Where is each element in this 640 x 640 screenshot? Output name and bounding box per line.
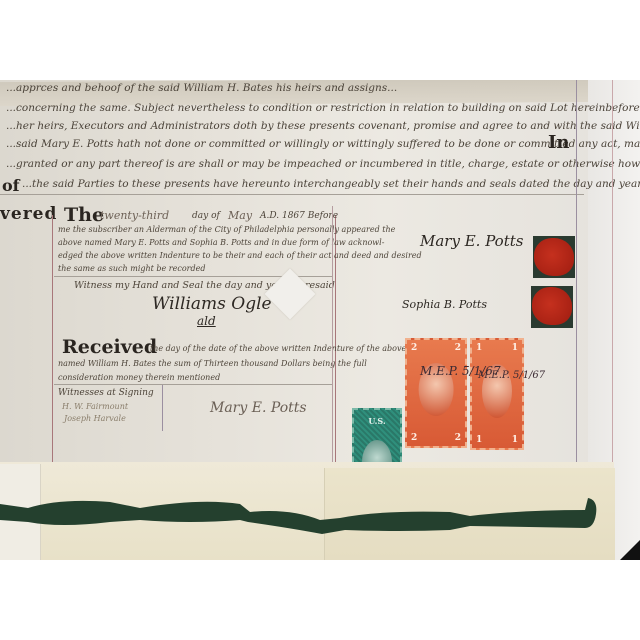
receipt-divider bbox=[162, 385, 163, 431]
stamp-value: 2 bbox=[411, 433, 417, 443]
receipt-rule bbox=[54, 384, 332, 385]
stamp-value: 2 bbox=[455, 343, 461, 353]
edge-line bbox=[612, 80, 613, 470]
stamp-value: 1 bbox=[476, 435, 482, 445]
wax-seal-2 bbox=[532, 287, 572, 325]
received-heading: Received bbox=[62, 336, 157, 358]
revenue-stamp-1-dollar: 1 1 1 1 bbox=[470, 338, 524, 450]
signature-sophia: Sophia B. Potts bbox=[402, 298, 487, 311]
ack-line-2: above named Mary E. Potts and Sophia B. … bbox=[58, 238, 384, 247]
divider bbox=[0, 194, 584, 195]
gothic-delivered: vered bbox=[0, 204, 57, 224]
margin-line bbox=[332, 206, 333, 468]
ack-day: twenty-third bbox=[100, 209, 169, 222]
wax-seal-1 bbox=[534, 238, 574, 276]
deed-photograph: ...apprces and behoof of the said Willia… bbox=[0, 80, 640, 560]
green-ribbon bbox=[0, 498, 600, 538]
witness-name-1: H. W. Fairmount bbox=[62, 402, 128, 411]
stamp-label: U.S. bbox=[354, 416, 400, 426]
stamp-value: 2 bbox=[411, 343, 417, 353]
body-line-4: ...said Mary E. Potts hath not done or c… bbox=[6, 138, 640, 150]
receipt-line-2: named William H. Bates the sum of Thirte… bbox=[58, 359, 367, 368]
body-line-3: ...her heirs, Executors and Administrato… bbox=[6, 120, 640, 132]
alderman-title: ald bbox=[197, 314, 216, 328]
ack-line-1: me the subscriber an Alderman of the Cit… bbox=[58, 225, 395, 234]
witnesses-label: Witnesses at Signing bbox=[58, 388, 154, 398]
stamp-cancel-1: M.E.P. 5/1/67 bbox=[478, 370, 545, 381]
gothic-of: of bbox=[2, 176, 20, 195]
gothic-in: In bbox=[548, 132, 570, 153]
signature-mary: Mary E. Potts bbox=[420, 232, 523, 250]
revenue-stamp-2-dollar: 2 2 2 2 bbox=[405, 338, 467, 448]
black-corner bbox=[620, 540, 640, 560]
witness-name-2: Joseph Harvale bbox=[64, 414, 126, 423]
receipt-line-1: the day of the date of the above written… bbox=[150, 344, 406, 353]
body-line-1: ...apprces and behoof of the said Willia… bbox=[6, 82, 397, 94]
receipt-line-3: consideration money therein mentioned bbox=[58, 373, 220, 382]
body-line-2: ...concerning the same. Subject neverthe… bbox=[6, 102, 640, 114]
body-line-6: ...the said Parties to these presents ha… bbox=[22, 178, 640, 190]
right-margin-line bbox=[576, 80, 577, 470]
ack-year: A.D. 1867 Before bbox=[260, 211, 338, 221]
stamp-value: 1 bbox=[512, 343, 518, 353]
ack-line-3: edged the above written Indenture to be … bbox=[58, 251, 422, 260]
body-line-5: ...granted or any part thereof is are sh… bbox=[6, 158, 640, 170]
stamp-value: 2 bbox=[455, 433, 461, 443]
alderman-signature: Williams Ogle bbox=[152, 294, 272, 314]
receipt-signature: Mary E. Potts bbox=[210, 400, 307, 416]
ack-day-of: day of bbox=[192, 211, 220, 221]
stamp-value: 1 bbox=[476, 343, 482, 353]
stamp-value: 1 bbox=[512, 435, 518, 445]
ack-line-4: the same as such might be recorded bbox=[58, 264, 205, 273]
acknowledgment-heading: The bbox=[64, 204, 104, 226]
ack-month: May bbox=[228, 209, 252, 222]
